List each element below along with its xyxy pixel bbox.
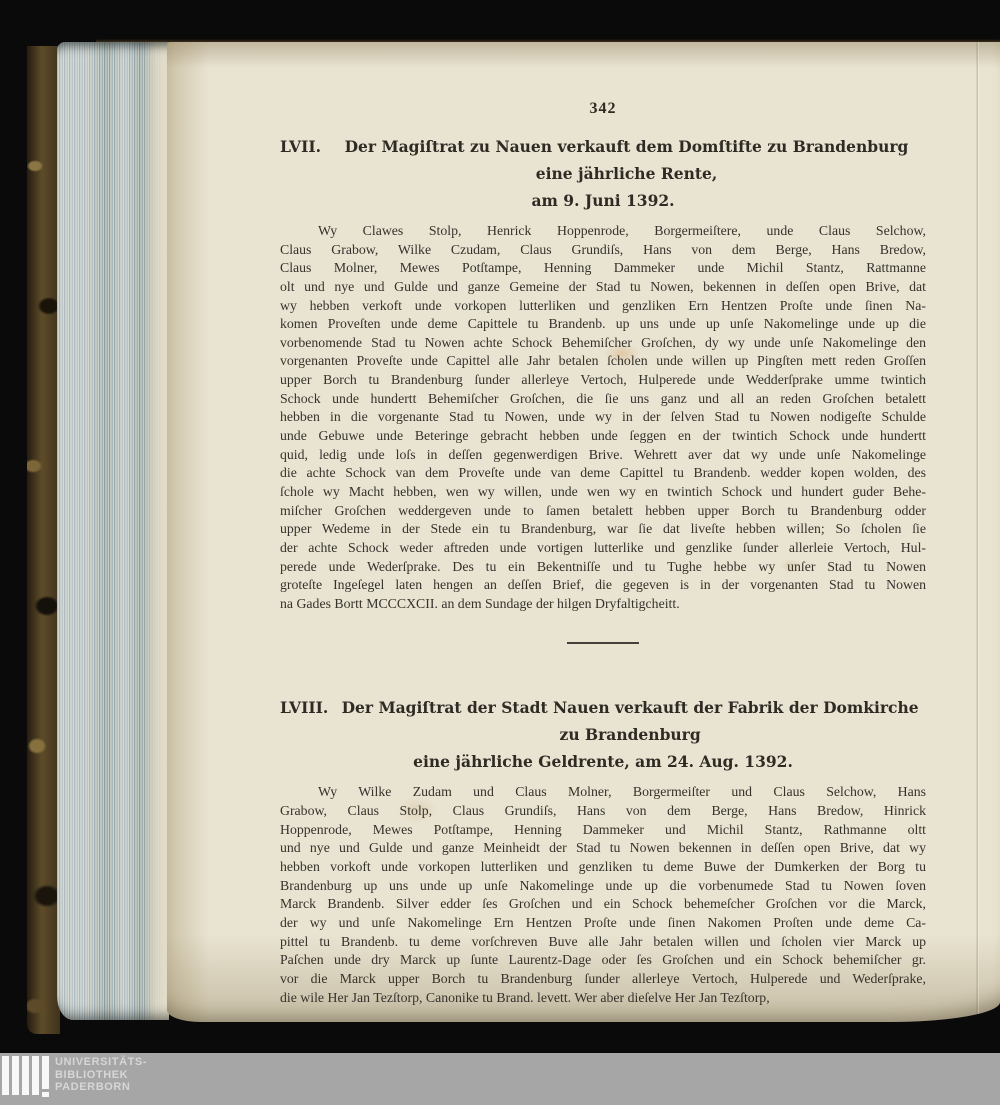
text-line: Grabow, Claus Stolp, Claus Grundiſs, Han… <box>280 802 926 821</box>
text-line: die wile Her Jan Tezſtorp, Canonike tu B… <box>280 989 926 1008</box>
text-line: Hoppenrode, Mewes Potſtampe, Henning Dam… <box>280 821 926 840</box>
text-line: Claus Grabow, Wilke Czudam, Claus Grundi… <box>280 241 926 260</box>
book-fore-edge-pages <box>57 42 169 1020</box>
charter-title-line2: eine jährliche Geldrente, am 24. Aug. 13… <box>280 748 926 775</box>
logo-bar <box>42 1056 49 1089</box>
text-line: groteſte Ingeſegel laten hengen an deſſe… <box>280 576 926 595</box>
logo-dot <box>42 1092 49 1097</box>
logo-bar <box>22 1056 29 1095</box>
charter-title-line1: Der Magiſtrat zu Nauen verkauft dem Domſ… <box>321 133 926 187</box>
text-line: hebben vorkoft unde vorkopen lutterliken… <box>280 858 926 877</box>
charter-lviii-heading: LVIII. Der Magiſtrat der Stadt Nauen ver… <box>280 694 926 775</box>
text-line: na Gades Bortt MCCCXCII. an dem Sundage … <box>280 595 926 614</box>
text-line: der achte Schock weder aftreden unde vor… <box>280 539 926 558</box>
ub-paderborn-logo-icon <box>2 1056 49 1097</box>
logo-bar <box>12 1056 19 1095</box>
text-line: der wy und unſe Nakomelinge Ern Hentzen … <box>280 914 926 933</box>
library-name-line: PADERBORN <box>55 1081 147 1094</box>
text-line: Paſchen unde dry Marck up ſunte Laurentz… <box>280 951 926 970</box>
page-text-block: 342 LVII. Der Magiſtrat zu Nauen verkauf… <box>280 42 926 1007</box>
library-name-line: BIBLIOTHEK <box>55 1069 147 1082</box>
text-line: unde Gebuwe unde Beteringe gebracht hebb… <box>280 427 926 446</box>
text-line: hebben in die vorgenante Stad tu Nowen, … <box>280 408 926 427</box>
text-line: und nye und Gulde und ganze Meinheidt de… <box>280 839 926 858</box>
text-line: wy hebben verkoft unde vorkopen lutterli… <box>280 297 926 316</box>
book-cover-marbled-edge <box>27 46 60 1034</box>
text-line: olt und nye und Gulde und ganze Gemeine … <box>280 278 926 297</box>
text-line: ſchole wy Macht hebben, wen wy willen, u… <box>280 483 926 502</box>
charter-number: LVIII. <box>280 694 328 748</box>
page-number: 342 <box>280 99 926 119</box>
text-line: Wy Clawes Stolp, Henrick Hoppenrode, Bor… <box>280 222 926 241</box>
logo-exclamation-bar <box>42 1056 49 1097</box>
library-name: UNIVERSITÄTS- BIBLIOTHEK PADERBORN <box>55 1056 147 1094</box>
text-line: perede unde Wederſprake. Des tu ein Beke… <box>280 558 926 577</box>
text-line: vor die Marck upper Borch tu Brandenburg… <box>280 970 926 989</box>
text-line: komen Proveſten unde deme Capittele tu B… <box>280 315 926 334</box>
library-name-line: UNIVERSITÄTS- <box>55 1056 147 1069</box>
charter-lviii-body: Wy Wilke Zudam und Claus Molner, Borgerm… <box>280 783 926 1007</box>
charter-lvii-heading: LVII. Der Magiſtrat zu Nauen verkauft de… <box>280 133 926 214</box>
text-line: vorbenomende Stad tu Nowen achte Schock … <box>280 334 926 353</box>
text-line: vorgenanten Proveſte unde Capittel alle … <box>280 352 926 371</box>
text-line: quid, ledig unde loſs in deſſen gegenwer… <box>280 446 926 465</box>
book-page: 342 LVII. Der Magiſtrat zu Nauen verkauf… <box>167 42 1000 1022</box>
section-divider <box>567 642 639 644</box>
text-line: Marck Brandenb. Silver edder ſes Groſche… <box>280 895 926 914</box>
charter-lvii-body: Wy Clawes Stolp, Henrick Hoppenrode, Bor… <box>280 222 926 613</box>
text-line: Wy Wilke Zudam und Claus Molner, Borgerm… <box>280 783 926 802</box>
logo-bar <box>2 1056 9 1095</box>
page-crease <box>976 42 979 1014</box>
text-line: Claus Molner, Mewes Potſtampe, Henning D… <box>280 259 926 278</box>
text-line: miſcher Groſchen weddergeven unde to ſam… <box>280 502 926 521</box>
text-line: die achte Schock van dem Proveſte unde v… <box>280 464 926 483</box>
watermark-band: UNIVERSITÄTS- BIBLIOTHEK PADERBORN <box>0 1053 1000 1105</box>
text-line: upper Borch tu Brandenburg ſunder allerl… <box>280 371 926 390</box>
logo-bar <box>32 1056 39 1095</box>
text-line: Brandenburg up uns unde up unſe Nakomeli… <box>280 877 926 896</box>
charter-number: LVII. <box>280 133 321 187</box>
charter-title-line1: Der Magiſtrat der Stadt Nauen verkauft d… <box>328 694 926 748</box>
text-line: pittel tu Brandenb. tu deme vorſchreven … <box>280 933 926 952</box>
text-line: Schock unde hundertt Behemiſcher Groſche… <box>280 390 926 409</box>
text-line: upper Wedeme in der Stede ein tu Branden… <box>280 520 926 539</box>
charter-title-line2: am 9. Juni 1392. <box>280 187 926 214</box>
scanned-book-photo: 342 LVII. Der Magiſtrat zu Nauen verkauf… <box>0 0 1000 1105</box>
